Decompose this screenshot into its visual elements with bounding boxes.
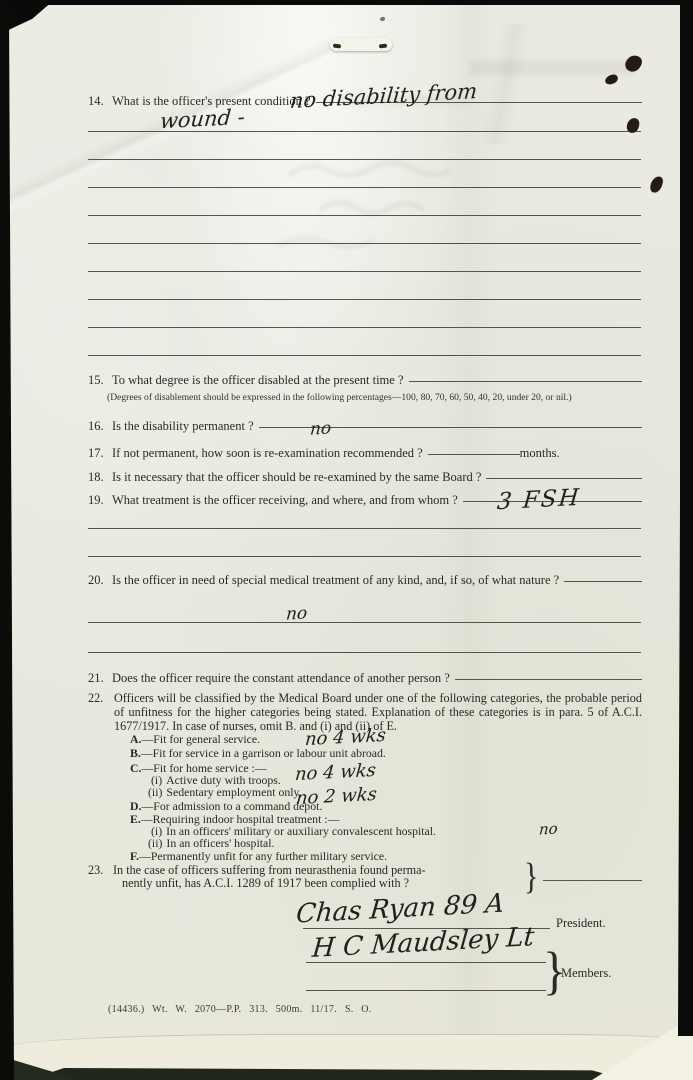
answer-ruled-line	[486, 478, 642, 479]
category-text: —Fit for service in a garrison or labour…	[141, 746, 386, 760]
ruled-line	[88, 187, 641, 188]
ruled-line	[88, 299, 641, 300]
signature-line	[306, 962, 546, 963]
question-21: 21. Does the officer require the constan…	[88, 671, 642, 686]
curly-brace: }	[524, 856, 538, 899]
signature-line	[306, 990, 546, 991]
question-number: 14.	[88, 94, 112, 109]
category-b: B.—Fit for service in a garrison or labo…	[130, 747, 386, 760]
print-reference: (14436.) Wt. W. 2070—P.P. 313. 500m. 11/…	[108, 1004, 372, 1015]
scanned-document-page: 14. What is the officer's present condit…	[0, 0, 693, 1080]
answer-ruled-line	[543, 880, 642, 881]
question-number: 15.	[88, 373, 112, 388]
ruled-line	[88, 528, 641, 529]
months-label: months.	[520, 446, 560, 461]
ruled-line	[88, 159, 641, 160]
category-text: —Permanently unfit for any further milit…	[139, 849, 387, 863]
question-text: What treatment is the officer receiving,…	[112, 493, 458, 508]
question-17: 17. If not permanent, how soon is re-exa…	[88, 446, 642, 461]
answer-ruled-line	[428, 454, 520, 455]
question-20: 20. Is the officer in need of special me…	[88, 573, 642, 588]
question-text: To what degree is the officer disabled a…	[112, 373, 404, 388]
question-number: 23.	[88, 864, 112, 878]
category-a: A.—Fit for general service.	[130, 733, 260, 746]
answer-ruled-line	[409, 381, 643, 382]
ruled-line	[88, 652, 641, 653]
question-text: Is it necessary that the officer should …	[112, 470, 481, 485]
answer-ruled-line	[455, 679, 642, 680]
members-label: Members.	[561, 966, 611, 981]
category-f: F.—Permanently unfit for any further mil…	[130, 850, 387, 863]
page-edge-top	[0, 0, 693, 5]
answer-ruled-line	[564, 581, 642, 582]
category-letter: A.	[130, 732, 141, 746]
category-letter: D.	[130, 799, 141, 813]
question-text: Does the officer require the constant at…	[112, 671, 450, 686]
question-number: 21.	[88, 671, 112, 686]
ruled-line	[88, 271, 641, 272]
handwritten-answer-q19: 3 FSH	[496, 485, 582, 516]
question-number: 17.	[88, 446, 112, 461]
question-15: 15. To what degree is the officer disabl…	[88, 373, 642, 388]
category-text: In an officers' hospital.	[166, 836, 274, 850]
question-23-line2: nently unfit, has A.C.I. 1289 of 1917 be…	[122, 877, 534, 891]
question-number: 22.	[88, 692, 112, 706]
handwritten-answer-category-c-i: no 4 wks	[294, 760, 377, 785]
ruled-line	[88, 355, 641, 356]
question-16: 16. Is the disability permanent ?	[88, 419, 642, 434]
handwritten-answer-category-e-i: no	[538, 819, 558, 838]
question-number: 18.	[88, 470, 112, 485]
handwritten-answer-category-c-ii: no 2 wks	[295, 784, 378, 809]
handwritten-answer-q14-continued: wound -	[159, 105, 246, 134]
question-number: 16.	[88, 419, 112, 434]
handwritten-answer-q16: no	[309, 418, 332, 439]
question-text: If not permanent, how soon is re-examina…	[112, 446, 423, 461]
category-letter: B.	[130, 746, 141, 760]
category-letter: F.	[130, 849, 139, 863]
question-18: 18. Is it necessary that the officer sho…	[88, 470, 642, 485]
question-number: 19.	[88, 493, 112, 508]
ruled-line	[88, 215, 641, 216]
page-edge-right	[678, 36, 693, 1036]
ruled-line	[88, 622, 641, 623]
category-letter: E.	[130, 812, 141, 826]
handwritten-answer-category-a: no 4 wks	[304, 725, 387, 750]
question-text: Is the officer in need of special medica…	[112, 573, 559, 588]
question-text: Is the disability permanent ?	[112, 419, 254, 434]
category-letter: (ii)	[148, 785, 162, 799]
category-c-ii: (ii)Sedentary employment only.	[148, 786, 302, 799]
category-letter: C.	[130, 761, 141, 775]
ruled-line	[88, 243, 641, 244]
degrees-note: (Degrees of disablement should be expres…	[107, 392, 572, 403]
ruled-line	[88, 556, 641, 557]
category-text: —Fit for general service.	[141, 732, 260, 746]
category-text: Sedentary employment only.	[166, 785, 301, 799]
category-letter: (ii)	[148, 836, 162, 850]
ruled-line	[88, 131, 641, 132]
president-label: President.	[556, 916, 606, 931]
ruled-line	[88, 327, 641, 328]
question-number: 20.	[88, 573, 112, 588]
